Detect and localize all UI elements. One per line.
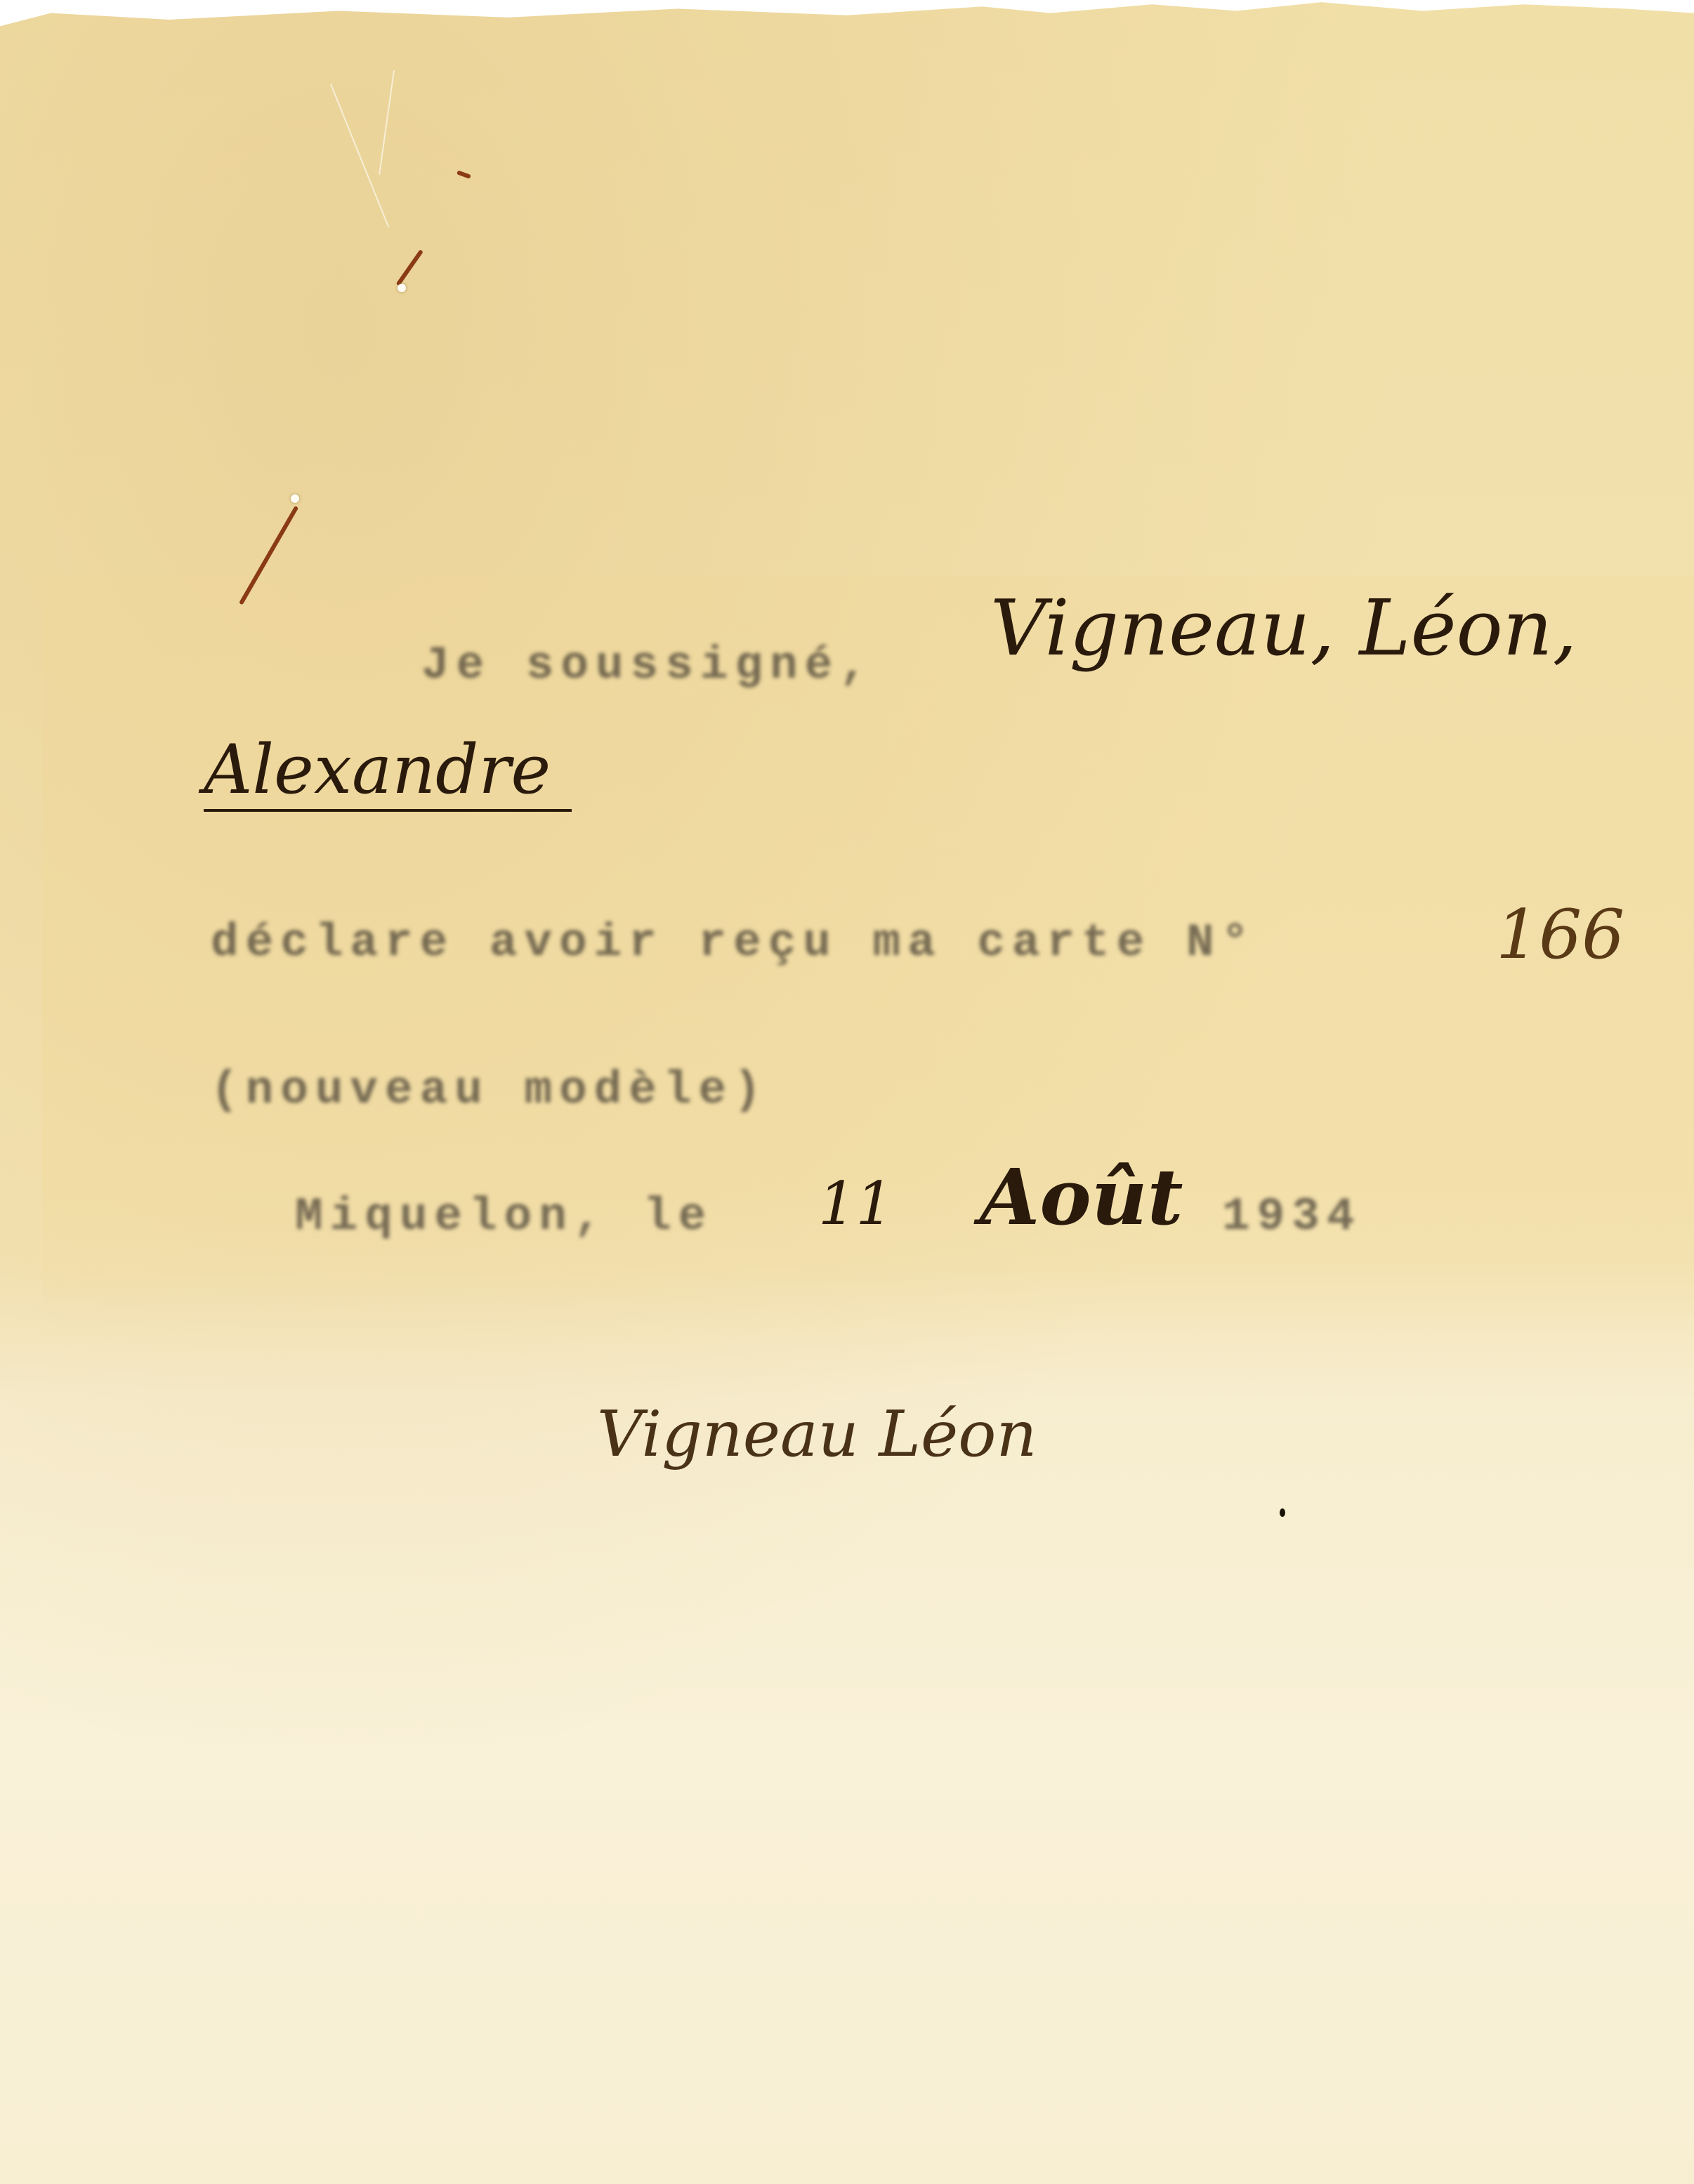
pin-hole [398,284,406,292]
handwritten-card-number: 166 [1496,895,1624,974]
typed-text-nouveau-modele: (nouveau modèle) [211,1064,768,1117]
typed-text-je-soussigne: Je soussigné, [421,639,874,692]
handwritten-name: Vigneau, Léon, [990,583,1577,673]
handwritten-first-names: Alexandre [204,730,572,812]
typed-text-declare: déclare avoir reçu ma carte N° [211,916,1256,969]
handwritten-month: Août [980,1152,1183,1242]
typed-text-year: 1934 [1222,1190,1361,1243]
ink-dot [1280,1508,1285,1517]
handwritten-day: 11 [818,1169,893,1238]
typed-text-place: Miquelon, le [295,1190,713,1243]
signature: Vigneau Léon [597,1397,1037,1471]
pin-hole [291,494,299,503]
